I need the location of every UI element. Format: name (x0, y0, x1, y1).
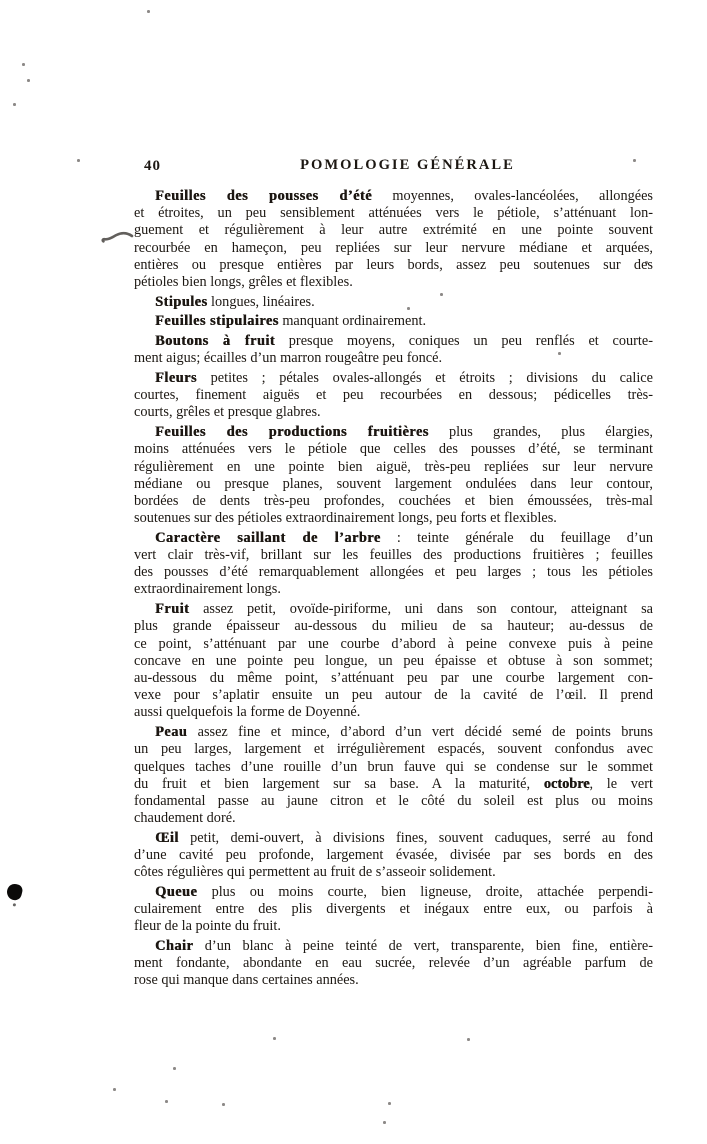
text-line: ce point, s’atténuant par une courbe d’a… (134, 636, 653, 653)
inline-bold: octobre (544, 776, 590, 792)
paragraph-lead: Queue (155, 884, 197, 900)
paragraph: Feuilles stipulaires manquant ordinairem… (134, 313, 653, 330)
dust-speck (147, 10, 150, 13)
text-line: vert clair très-vif, brillant sur les fe… (134, 547, 653, 564)
dust-speck (633, 159, 636, 162)
text-line: quelques taches d’une rouille d’un brun … (134, 759, 653, 776)
page-header: 40 POMOLOGIE GÉNÉRALE (134, 157, 653, 177)
text-line: rose qui manque dans certaines années. (134, 972, 653, 989)
text-line: Feuilles des productions fruitières plus… (134, 424, 653, 441)
paragraph: Feuilles des pousses d’été moyennes, ova… (134, 188, 653, 291)
paragraph-lead: Feuilles stipulaires (155, 313, 279, 329)
text-line: Feuilles des pousses d’été moyennes, ova… (134, 188, 653, 205)
margin-pen-mark-icon (99, 229, 135, 251)
text-line: Fruit assez petit, ovoïde-piriforme, uni… (134, 601, 653, 618)
text-line: médiane ou presque planes, souvent large… (134, 476, 653, 493)
dust-speck (27, 79, 30, 82)
text-line: concave en une pointe peu longue, un peu… (134, 653, 653, 670)
paragraph-lead: Stipules (155, 294, 207, 310)
text-line: un peu larges, largement et irrégulièrem… (134, 741, 653, 758)
dust-speck (440, 293, 443, 296)
text-line: Boutons à fruit presque moyens, coniques… (134, 333, 653, 350)
text-line: Œil petit, demi-ouvert, à divisions fine… (134, 830, 653, 847)
dust-speck (222, 1103, 225, 1106)
text-line: fleur de la pointe du fruit. (134, 918, 653, 935)
text-line: Peau assez fine et mince, d’abord d’un v… (134, 724, 653, 741)
text-line: ment aigus; écailles d’un marron rougeât… (134, 350, 653, 367)
text-line: culairement entre des plis divergents et… (134, 901, 653, 918)
text-line: Stipules longues, linéaires. (134, 294, 653, 311)
text-line: régulièrement en une pointe bien aiguë, … (134, 459, 653, 476)
paragraph: Boutons à fruit presque moyens, coniques… (134, 333, 653, 367)
paragraph: Œil petit, demi-ouvert, à divisions fine… (134, 830, 653, 882)
text-line: chaudement doré. (134, 810, 653, 827)
paragraph-lead: Boutons à fruit (155, 333, 275, 349)
dust-speck (467, 1038, 470, 1041)
dust-speck (388, 1102, 391, 1105)
text-line: guement et régulièrement à leur autre ex… (134, 222, 653, 239)
text-line: soutenues sur des pétioles extraordinair… (134, 510, 653, 527)
paragraph-lead: Chair (155, 938, 193, 954)
paragraph: Fruit assez petit, ovoïde-piriforme, uni… (134, 601, 653, 721)
text-line: plus grande épaisseur au-dessous du mili… (134, 618, 653, 635)
paragraph-lead: Feuilles des pousses d’été (155, 188, 372, 204)
text-line: au-dessous du même point, s’atténuant pe… (134, 670, 653, 687)
text-line: Fleurs petites ; pétales ovales-allongés… (134, 370, 653, 387)
text-line: pétioles bien longs, grêles et flexibles… (134, 274, 653, 291)
text-line: entières ou presque entières par leurs b… (134, 257, 653, 274)
text-line: aussi quelquefois la forme de Doyenné. (134, 704, 653, 721)
paragraph: Queue plus ou moins courte, bien ligneus… (134, 884, 653, 936)
text-line: Chair d’un blanc à peine teinté de vert,… (134, 938, 653, 955)
dust-speck (113, 1088, 116, 1091)
text-line: du fruit et bien largement sur sa base. … (134, 776, 653, 793)
paragraph-lead: Peau (155, 724, 187, 740)
text-line: côtes régulières qui permettent au fruit… (134, 864, 653, 881)
paragraph-lead: Caractère saillant de l’arbre (155, 530, 381, 546)
paragraph-lead: Fleurs (155, 370, 197, 386)
text-line: courts, grêles et presque glabres. (134, 404, 653, 421)
ink-blot (5, 882, 23, 901)
paragraph: Fleurs petites ; pétales ovales-allongés… (134, 370, 653, 422)
running-title: POMOLOGIE GÉNÉRALE (148, 157, 667, 174)
text-line: moins atténuées vers le pétiole que cell… (134, 441, 653, 458)
paragraph: Caractère saillant de l’arbre : teinte g… (134, 530, 653, 599)
text-line: vexe pour s’aplatir ensuite un peu autou… (134, 687, 653, 704)
paragraph-lead: Fruit (155, 601, 189, 617)
paragraph: Chair d’un blanc à peine teinté de vert,… (134, 938, 653, 990)
text-line: Caractère saillant de l’arbre : teinte g… (134, 530, 653, 547)
paragraph: Stipules longues, linéaires. (134, 294, 653, 311)
text-line: ment fondante, abondante en eau sucrée, … (134, 955, 653, 972)
text-line: extraordinairement longs. (134, 581, 653, 598)
dust-speck (77, 159, 80, 162)
text-line: bordées de dents très-peu profondes, cou… (134, 493, 653, 510)
text-block: Feuilles des pousses d’été moyennes, ova… (134, 188, 653, 990)
dust-speck (407, 307, 410, 310)
book-page: 40 POMOLOGIE GÉNÉRALE Feuilles des pouss… (0, 0, 707, 1144)
dust-speck (22, 63, 25, 66)
dust-speck (165, 1100, 168, 1103)
text-line: courtes, finement aiguës et peu recourbé… (134, 387, 653, 404)
text-line: fondamental passe au jaune citron et le … (134, 793, 653, 810)
paragraph-lead: Œil (155, 830, 179, 846)
text-line: et étroites, un peu sensiblement atténué… (134, 205, 653, 222)
paragraph-lead: Feuilles des productions fruitières (155, 424, 429, 440)
dust-speck (383, 1121, 386, 1124)
paragraph: Peau assez fine et mince, d’abord d’un v… (134, 724, 653, 827)
text-line: d’une cavité peu profonde, largement éva… (134, 847, 653, 864)
text-line: Feuilles stipulaires manquant ordinairem… (134, 313, 653, 330)
dust-speck (273, 1037, 276, 1040)
dust-speck (13, 103, 16, 106)
dust-speck (645, 261, 648, 264)
text-line: recourbée en hameçon, peu repliées sur l… (134, 240, 653, 257)
text-line: des pousses d’été remarquablement allong… (134, 564, 653, 581)
paragraph: Feuilles des productions fruitières plus… (134, 424, 653, 527)
text-line: Queue plus ou moins courte, bien ligneus… (134, 884, 653, 901)
dust-speck (173, 1067, 176, 1070)
dust-speck (558, 352, 561, 355)
